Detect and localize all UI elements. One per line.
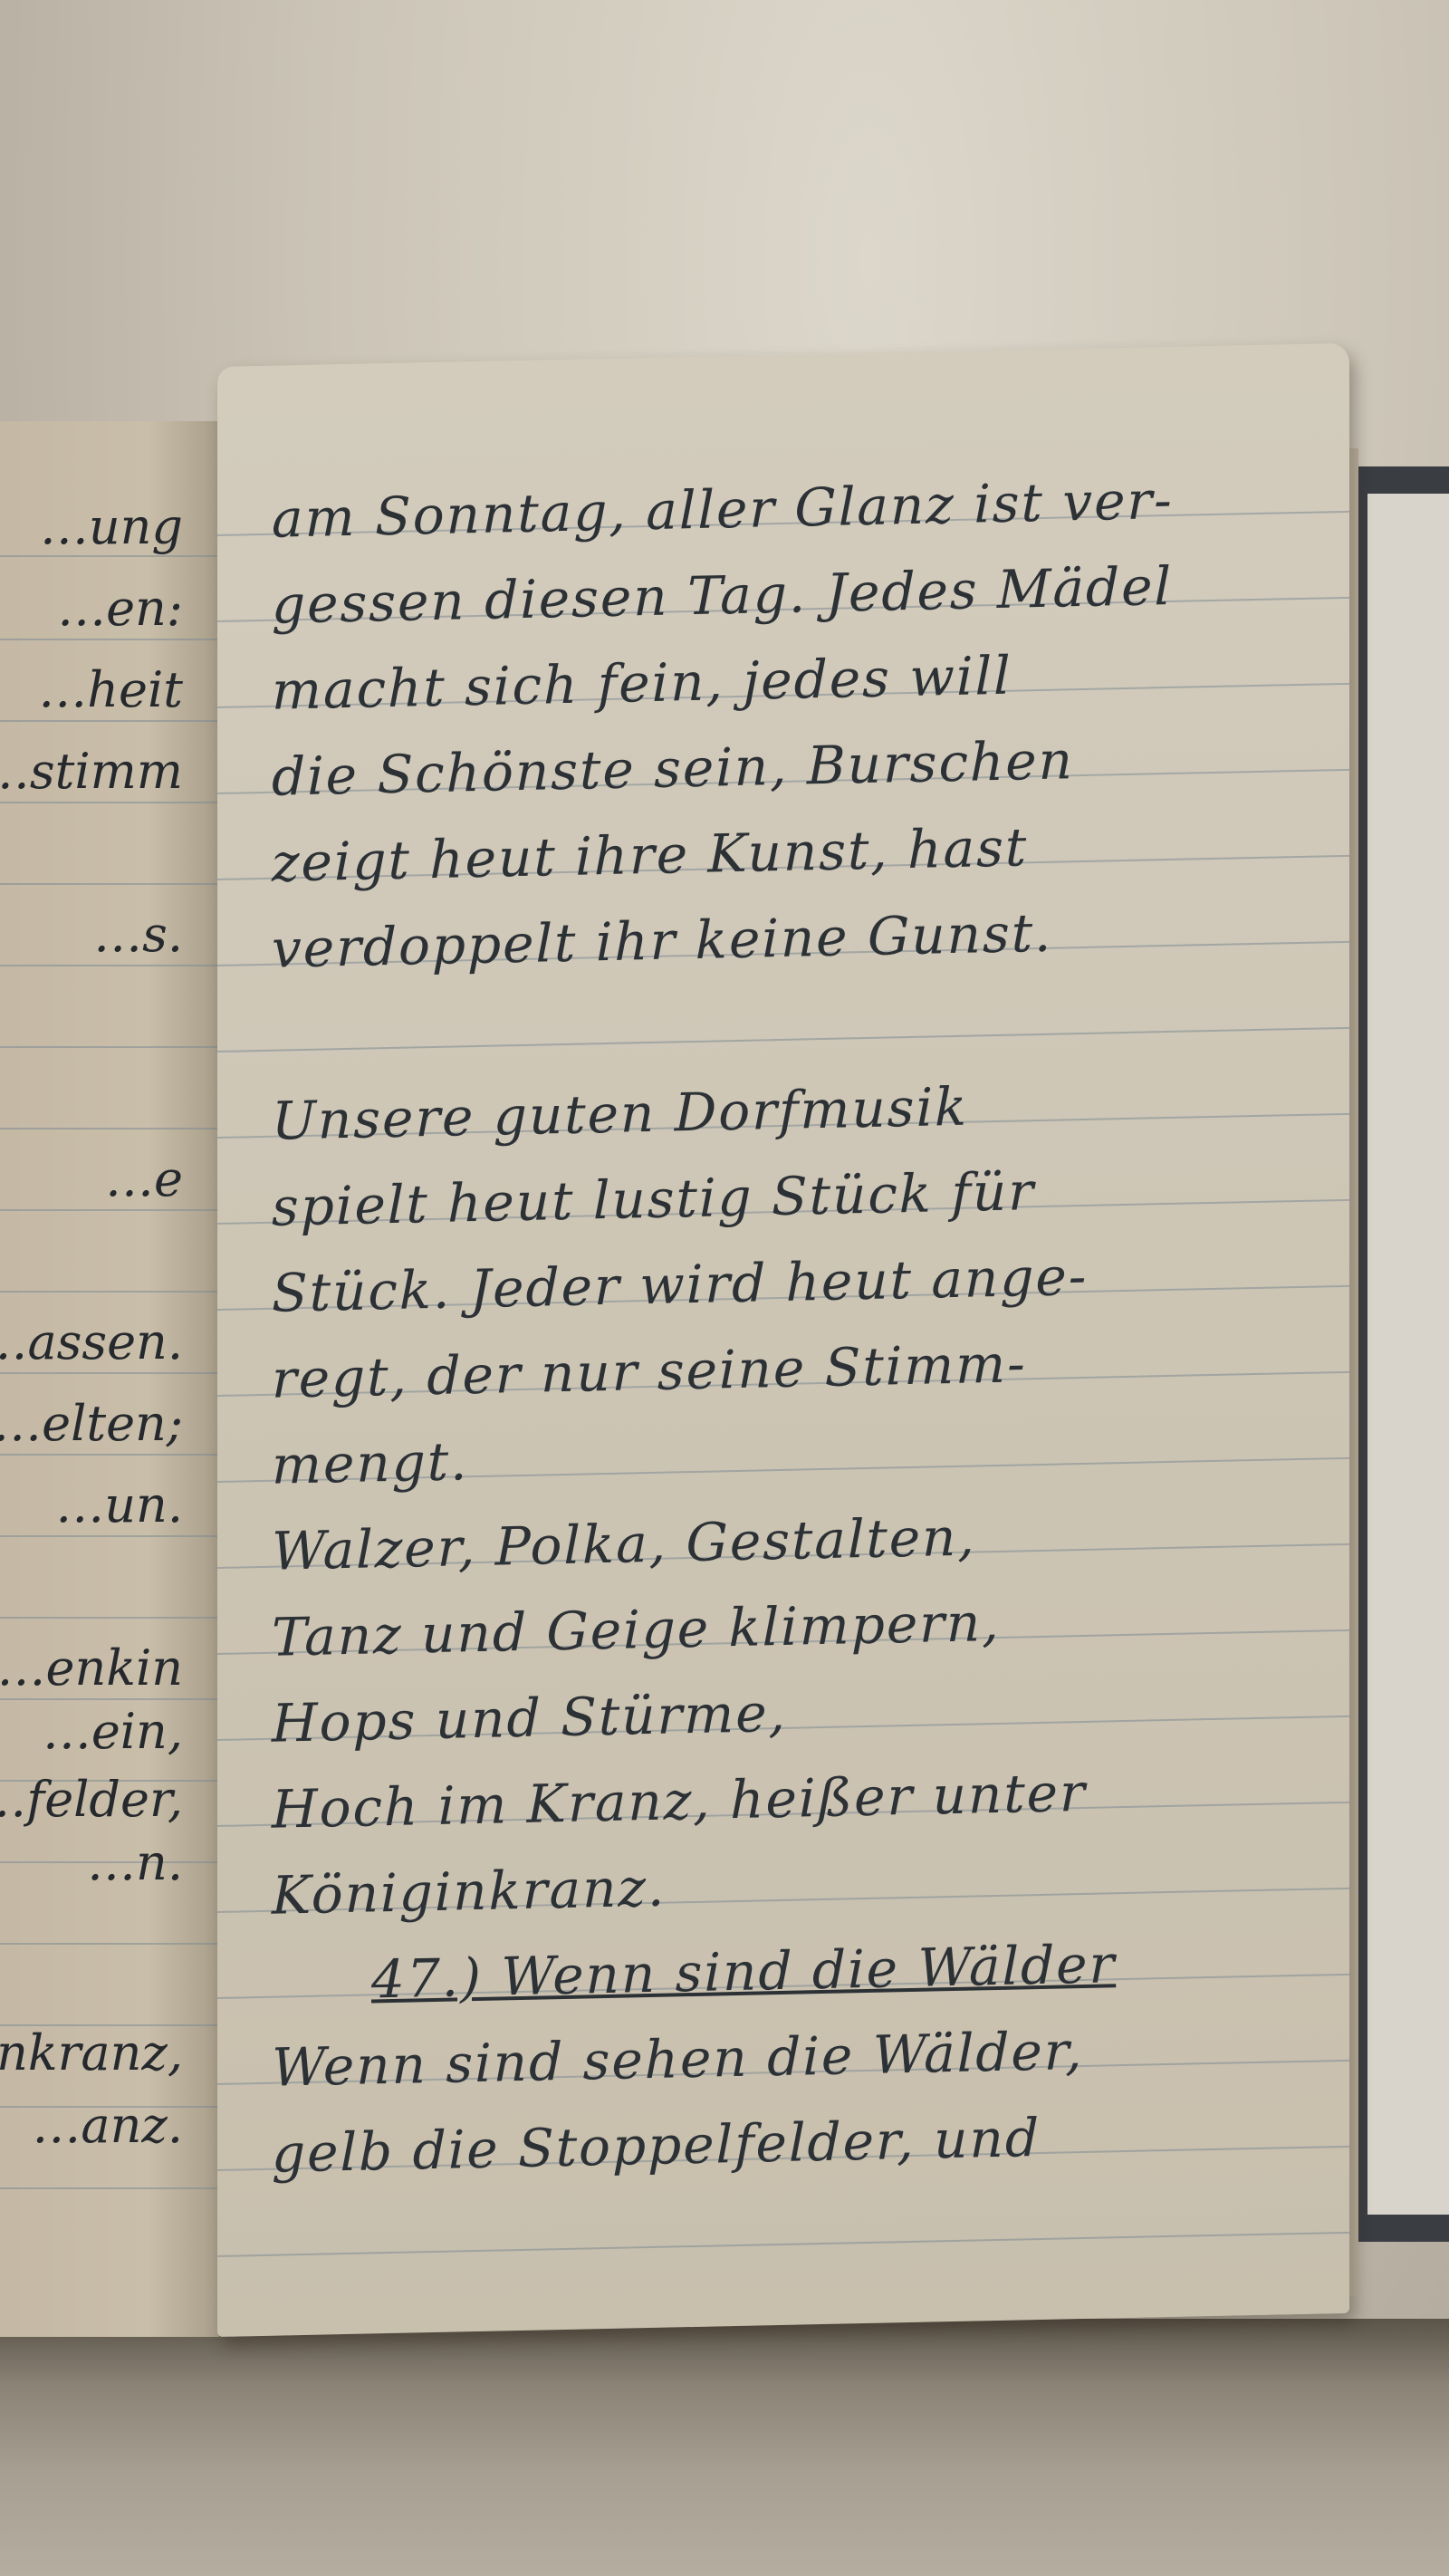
handwritten-line: am Sonntag, aller Glanz ist ver- [272, 471, 1313, 545]
ruled-line [217, 1027, 1349, 1053]
left-fragment: …felder, [0, 1771, 183, 1828]
handwritten-line: die Schönste sein, Burschen [272, 729, 1313, 803]
handwritten-line: gessen diesen Tag. Jedes Mädel [272, 557, 1313, 631]
notebook-cover [1358, 466, 1449, 2242]
ruled-line [0, 1454, 219, 1456]
left-fragment: …heit [38, 661, 183, 718]
handwritten-line: regt, der nur seine Stimm- [272, 1331, 1313, 1406]
ruled-line [0, 1128, 219, 1129]
ruled-line [0, 1535, 219, 1537]
ruled-line [0, 1617, 219, 1619]
left-fragment: …un. [55, 1476, 183, 1533]
ruled-line [0, 555, 219, 557]
ruled-line [0, 802, 219, 803]
handwritten-line: gelb die Stoppelfelder, und [272, 2106, 1313, 2180]
ruled-line [0, 1291, 219, 1293]
handwritten-line: macht sich fein, jedes will [272, 643, 1313, 717]
handwritten-line: verdoppelt ihr keine Gunst. [272, 901, 1313, 976]
ruled-line [0, 639, 219, 640]
ruled-line [217, 2232, 1349, 2257]
ruled-line [0, 720, 219, 722]
handwritten-line: Hoch im Kranz, heißer unter [272, 1762, 1313, 1836]
handwritten-line: Tanz und Geige klimpern, [272, 1590, 1313, 1664]
left-fragment: …n. [87, 1834, 183, 1891]
ruled-line [0, 1943, 219, 1945]
ruled-line [0, 965, 219, 966]
left-fragment: …e [105, 1150, 183, 1207]
handwritten-line: zeigt heut ihre Kunst, hast [272, 815, 1313, 889]
left-fragment: …nkranz, [0, 2024, 183, 2081]
shadow [0, 2319, 1449, 2576]
handwritten-line: Hops und Stürme, [272, 1676, 1313, 1750]
left-fragment: …en: [57, 580, 183, 637]
ruled-line [0, 2187, 219, 2189]
left-page: …ung …en: …heit …stimm …s. …e …assen. …e… [0, 421, 223, 2337]
cover-cloth [1367, 494, 1449, 2215]
handwritten-line: Wenn sind sehen die Wälder, [272, 2020, 1313, 2094]
handwritten-line: Königinkranz. [272, 1848, 1313, 1922]
section-heading-47: 47.) Wenn sind die Wälder [371, 1934, 1313, 2006]
handwritten-line: Walzer, Polka, Gestalten, [272, 1504, 1313, 1578]
handwritten-line: Stück. Jeder wird heut ange- [272, 1245, 1313, 1320]
ruled-line [0, 1046, 219, 1048]
handwritten-line: Unsere guten Dorfmusik [272, 1073, 1313, 1148]
ruled-line [0, 883, 219, 885]
left-fragment: …s. [93, 906, 183, 963]
ruled-line [0, 1698, 219, 1700]
handwritten-line: spielt heut lustig Stück für [272, 1159, 1313, 1234]
left-fragment: …enkin [0, 1639, 183, 1697]
ruled-line [0, 1372, 219, 1374]
left-fragment: …elten; [0, 1395, 183, 1452]
ruled-line [0, 1209, 219, 1211]
left-fragment: …ein, [43, 1703, 183, 1760]
right-page: am Sonntag, aller Glanz ist ver- gessen … [217, 343, 1349, 2337]
handwritten-line: mengt. [272, 1418, 1313, 1492]
left-fragment: …ung [40, 498, 183, 555]
left-fragment: …assen. [0, 1313, 183, 1370]
left-fragment: …stimm [0, 743, 183, 800]
left-fragment: …anz. [32, 2097, 183, 2154]
